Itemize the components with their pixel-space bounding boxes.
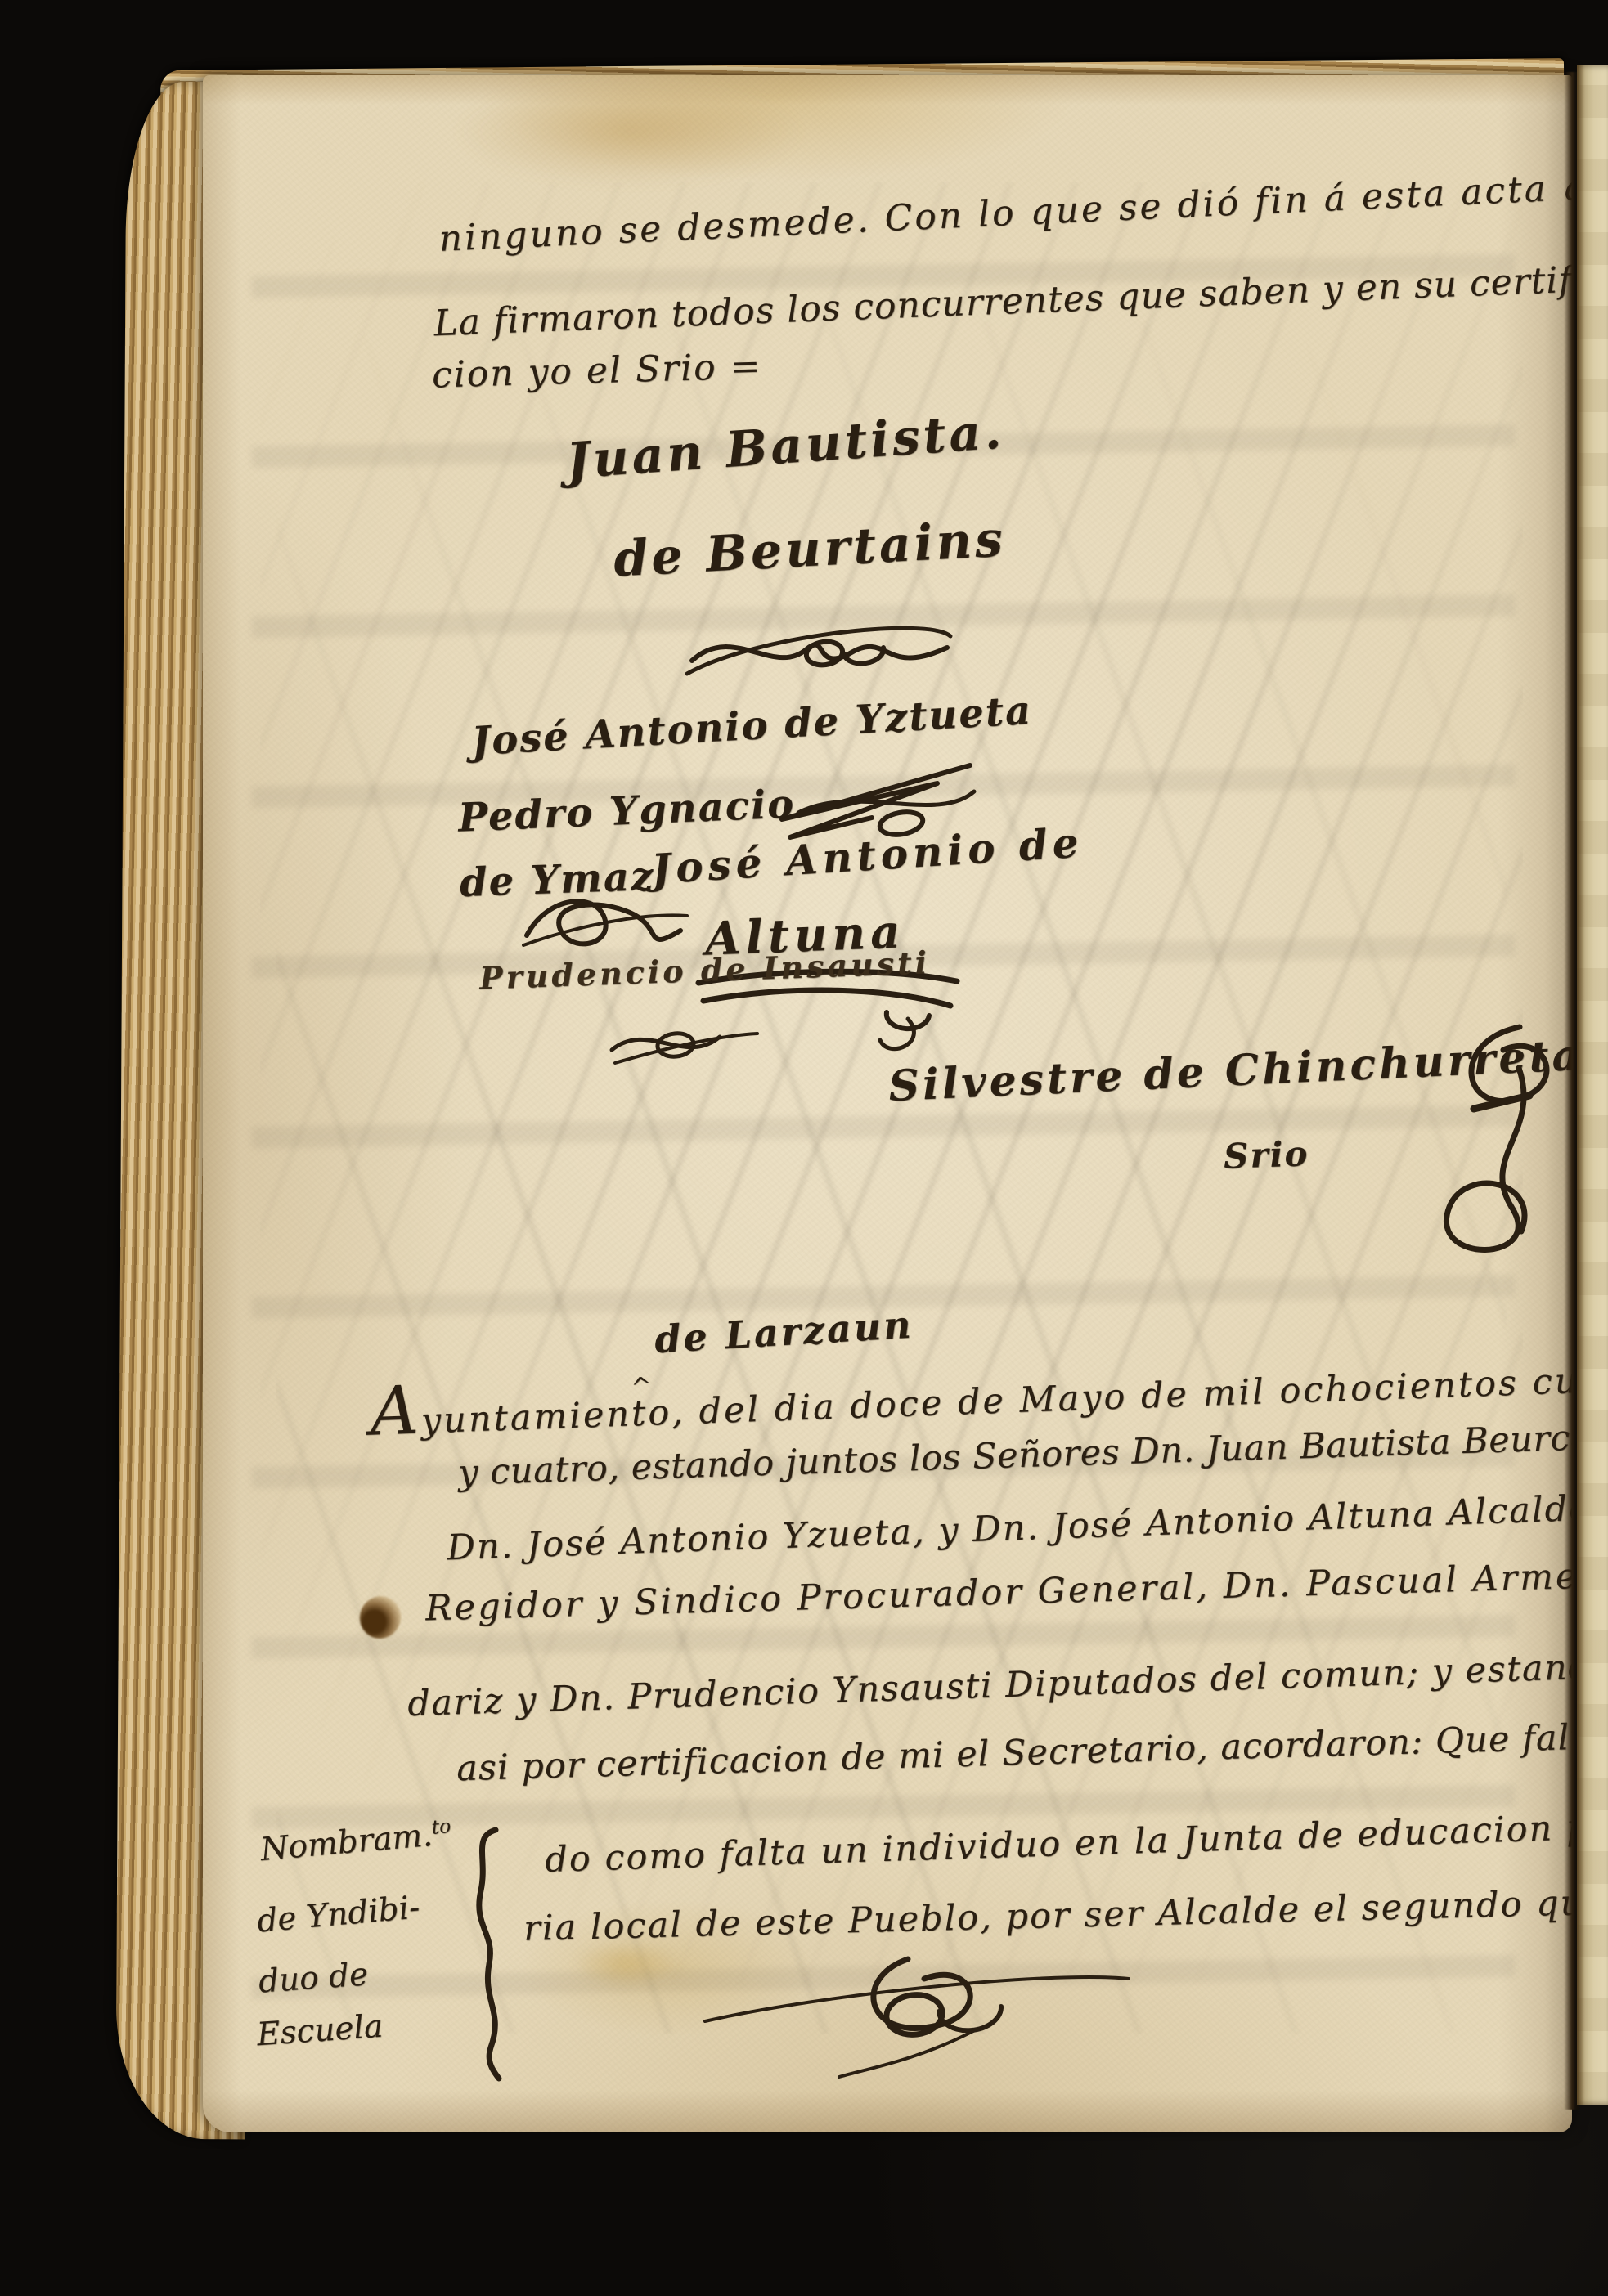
rubric-flourish-icon [520,885,692,963]
margin-note-line: duo de [258,1958,369,1998]
manuscript-photo: ninguno se desmede. Con lo que se dió fi… [0,0,1608,2296]
margin-note-line: Escuela [256,2011,384,2052]
closing-paragraph-line: cion yo el Srio = [431,348,762,393]
rubric-flourish-icon [607,1016,762,1076]
facing-page-edge [1577,65,1608,2105]
rubric-flourish-icon [684,602,954,687]
margin-brace-icon [448,1827,522,2082]
signature-title: Srio [1223,1137,1309,1174]
end-of-act-rubric-icon [703,1946,1161,2085]
rubric-flourish-icon [1351,1017,1556,1276]
